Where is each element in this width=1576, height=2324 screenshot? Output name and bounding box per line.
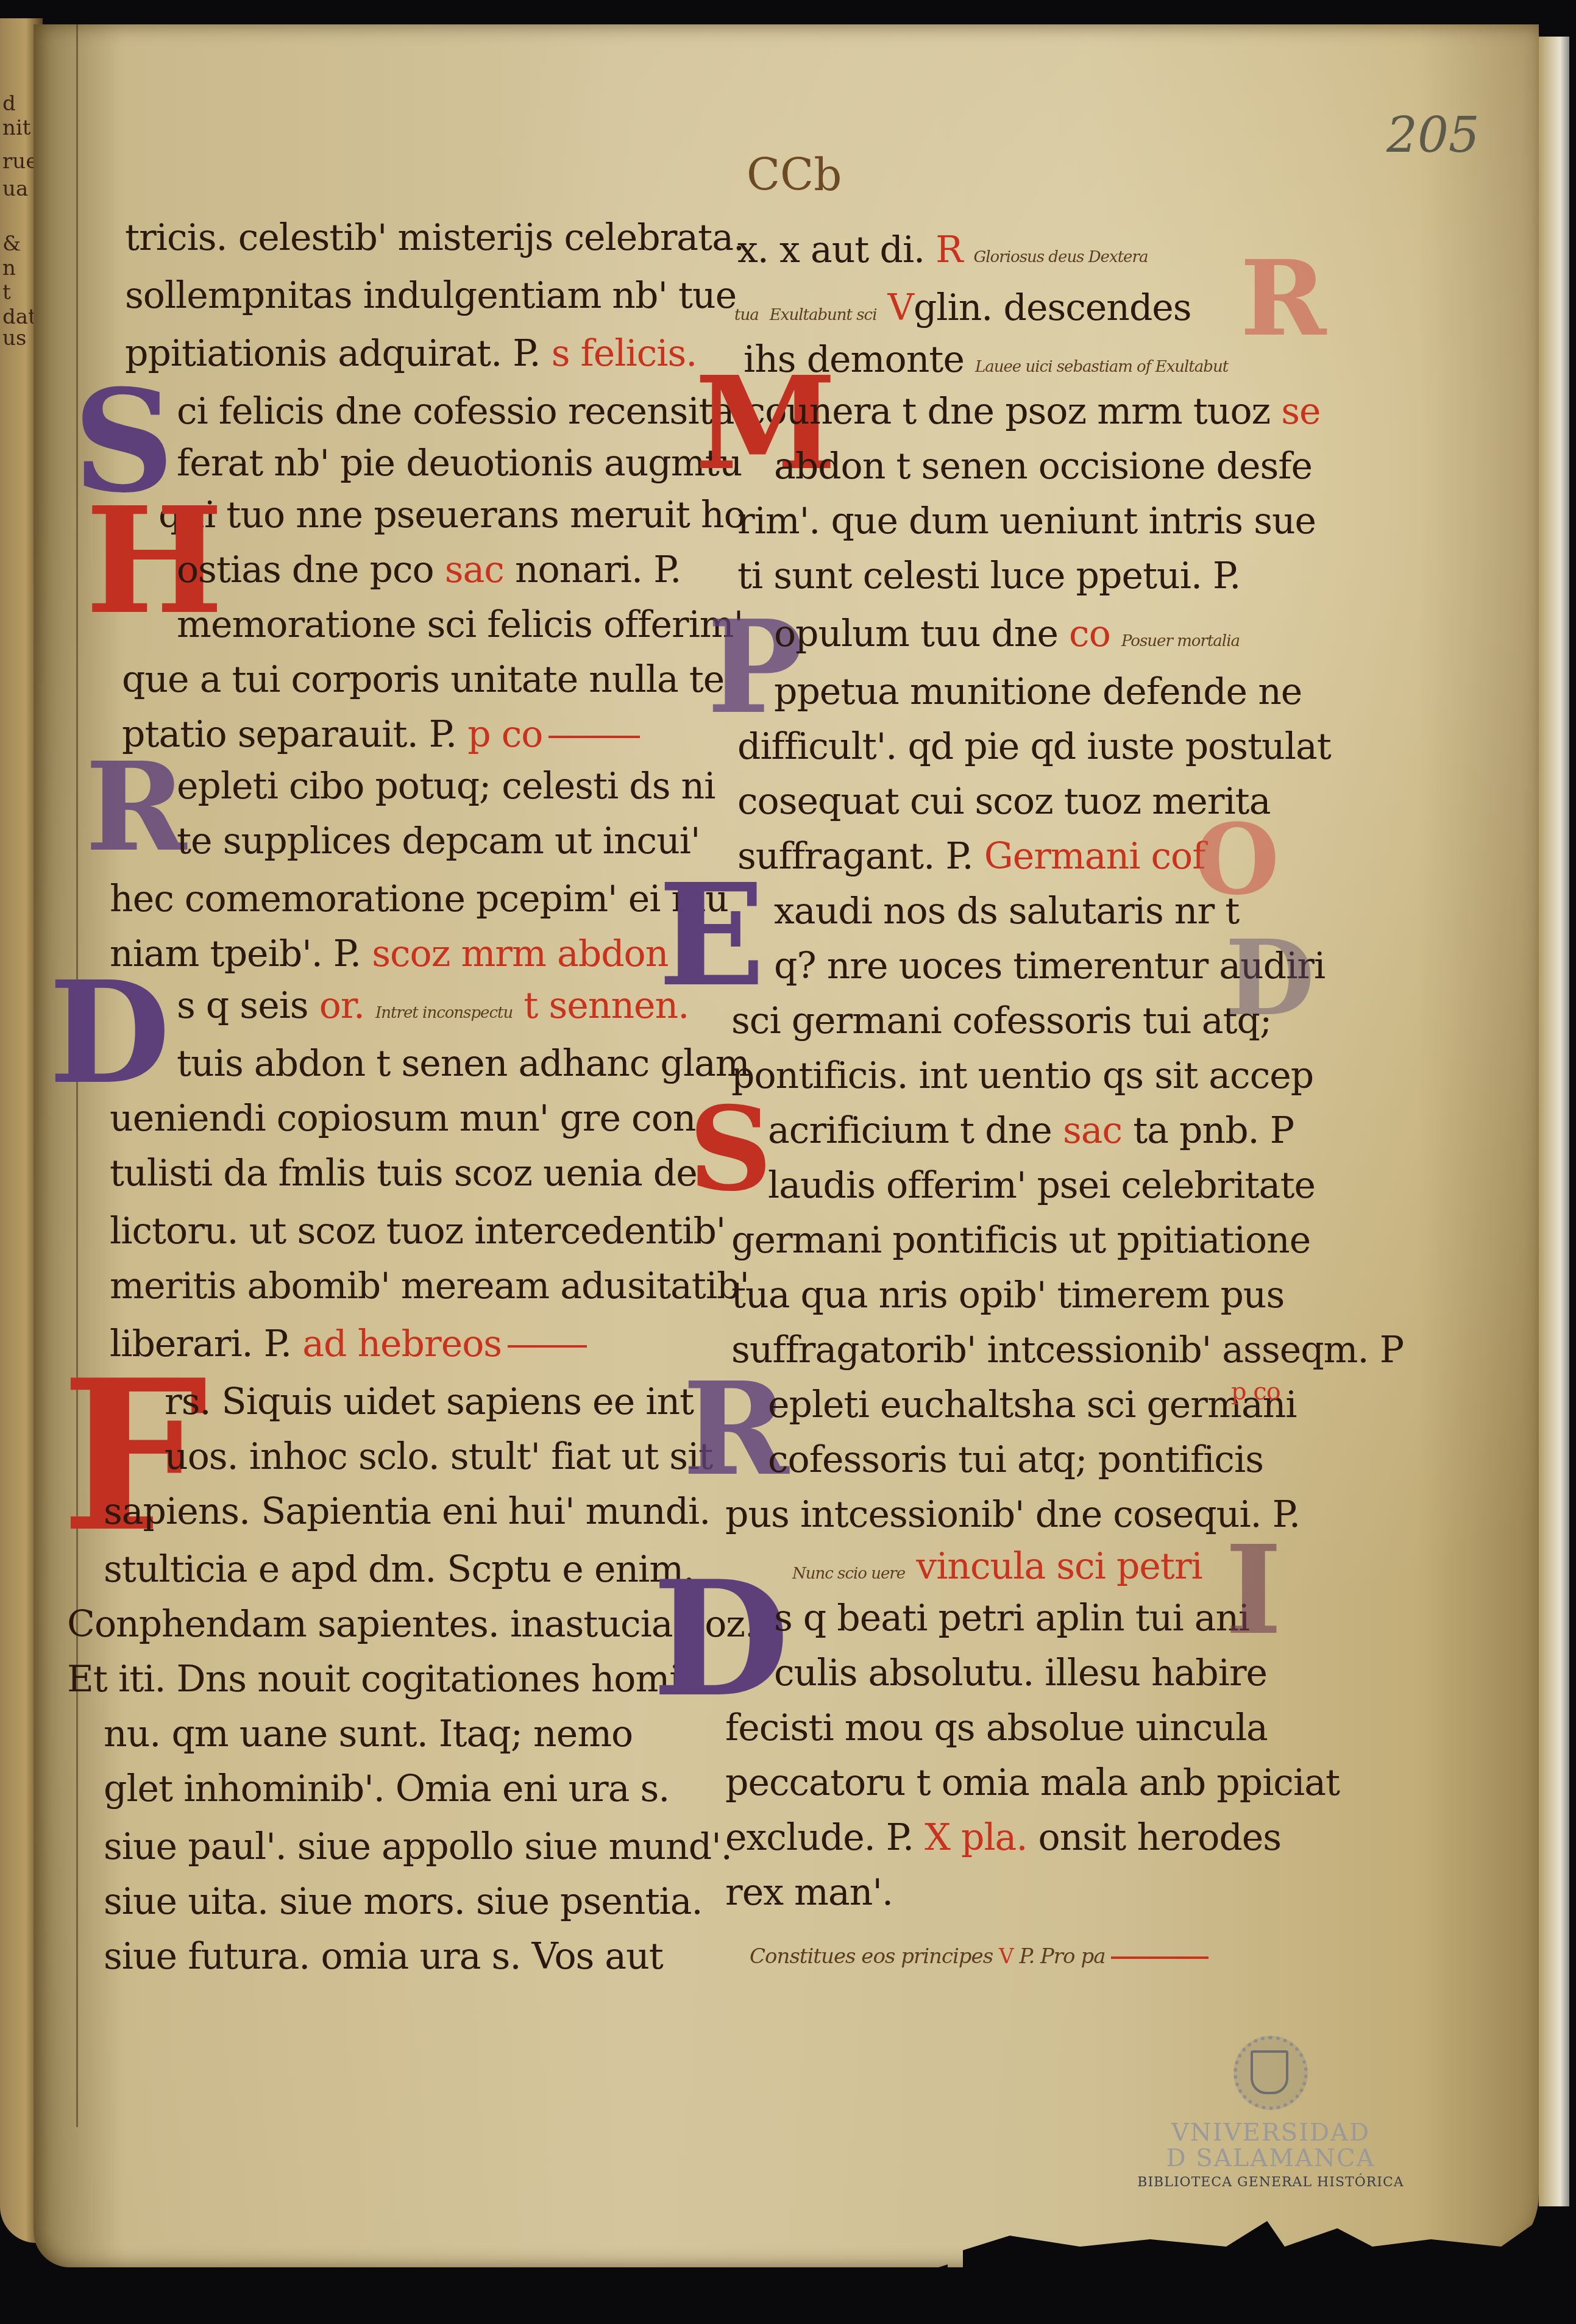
text-line: siue futura. omia ura s. Vos aut bbox=[104, 1935, 663, 1978]
text-line: rim'. que dum ueniunt intris sue bbox=[737, 500, 1316, 542]
rubric: ad hebreos bbox=[302, 1323, 502, 1365]
text-line: te supplices depcam ut incui' bbox=[177, 820, 700, 862]
interlinear-note: Lauee uici sebastiam of Exultabut bbox=[975, 358, 1228, 376]
rubric: scoz mrm abdon bbox=[372, 933, 668, 975]
text-line: stulticia e apd dm. Scptu e enim. bbox=[104, 1548, 694, 1591]
rubric: co bbox=[1069, 613, 1110, 655]
prev-leaf-fragment: us bbox=[2, 326, 26, 350]
marginal-note: p co bbox=[1231, 1377, 1280, 1405]
rubric: V bbox=[888, 286, 914, 329]
rubric: p co bbox=[467, 713, 542, 756]
interlinear-note: Constitues eos principes bbox=[750, 1944, 993, 1969]
text-line: tuis abdon t senen adhanc glam bbox=[177, 1042, 750, 1085]
running-head: CCb bbox=[747, 149, 842, 201]
text-line: ostias dne pco sac nonari. P. bbox=[177, 549, 681, 591]
folio-number: 205 bbox=[1386, 107, 1480, 163]
text-line: ppetua munitione defende ne bbox=[774, 670, 1302, 713]
margin-initial: I bbox=[1225, 1530, 1282, 1652]
text-line: sapiens. Sapientia eni hui' mundi. bbox=[104, 1490, 710, 1533]
prev-leaf-fragment: nit bbox=[2, 116, 30, 140]
text-line: hec comemoratione pcepim' ei mu bbox=[110, 878, 728, 920]
prev-leaf-fragment: & bbox=[2, 232, 21, 256]
text-line: pontificis. int uentio qs sit accep bbox=[731, 1054, 1313, 1097]
text-line: suffragant. P. Germani cof bbox=[737, 835, 1205, 878]
text-line: nu. qm uane sunt. Itaq; nemo bbox=[104, 1713, 633, 1755]
text-line: Et iti. Dns nouit cogitationes homi bbox=[67, 1658, 681, 1700]
rubric: X pla. bbox=[925, 1816, 1027, 1859]
watermark-line1: VNIVERSIDAD bbox=[1134, 2120, 1408, 2145]
text-line: cosequat cui scoz tuoz merita bbox=[737, 780, 1270, 823]
text-line: ueniendi copiosum mun' gre con bbox=[110, 1097, 695, 1140]
text-line: epleti euchaltsha sci germani bbox=[768, 1384, 1296, 1426]
text-line: abdon t senen occisione desfe bbox=[774, 445, 1312, 488]
interlinear-note: Nunc scio uere bbox=[792, 1565, 905, 1583]
prev-leaf-fragment: d bbox=[2, 91, 16, 116]
university-seal-icon bbox=[1233, 2036, 1308, 2110]
text-line: que a tui corporis unitate nulla te bbox=[122, 658, 724, 701]
text-line: siue uita. siue mors. siue psentia. bbox=[104, 1880, 703, 1923]
text-line: siue paul'. siue appollo siue mund'. bbox=[104, 1825, 732, 1868]
text-line: pus intcessionib' dne cosequi. P. bbox=[725, 1493, 1300, 1536]
prev-leaf-fragment: rue bbox=[2, 149, 38, 174]
rubric: or. bbox=[319, 984, 364, 1027]
decorated-initial-e: E bbox=[658, 865, 765, 1006]
interlinear-note: Posuer mortalia bbox=[1121, 632, 1240, 650]
text-line: lictoru. ut scoz tuoz intercedentib' bbox=[110, 1210, 725, 1253]
text-line: s q seis or. Intret inconspectu t sennen… bbox=[177, 984, 689, 1027]
text-line: memoratione sci felicis offerim' bbox=[177, 603, 743, 646]
text-line: germani pontificis ut ppitiatione bbox=[731, 1219, 1310, 1262]
text-line: meritis abomib' meream adusitatib' bbox=[110, 1265, 749, 1307]
text-line: uos. inhoc sclo. stult' fiat ut sit bbox=[165, 1435, 712, 1478]
text-line: difficult'. qd pie qd iuste postulat bbox=[737, 725, 1331, 768]
rubric: R bbox=[935, 229, 962, 271]
text-line: epleti cibo potuq; celesti ds ni bbox=[177, 765, 715, 808]
margin-initial: O bbox=[1194, 811, 1279, 908]
text-line: qui tuo nne pseuerans meruit ho bbox=[158, 494, 745, 536]
text-line: tulisti da fmlis tuis scoz uenia de bbox=[110, 1152, 697, 1195]
rubric: Germani cof bbox=[984, 835, 1205, 878]
text-line: tua Exultabunt sci Vglin. descendes bbox=[734, 286, 1191, 329]
text-line: ppitiationis adquirat. P. s felicis. bbox=[125, 332, 697, 375]
text-line: tua qua nris opib' timerem pus bbox=[731, 1274, 1284, 1317]
text-line: peccatoru t omia mala anb ppiciat bbox=[725, 1761, 1340, 1804]
text-line: niam tpeib'. P. scoz mrm abdon bbox=[110, 933, 668, 975]
decorated-initial-d: D bbox=[49, 963, 170, 1103]
text-line: glet inhominib'. Omia eni ura s. bbox=[104, 1768, 669, 1810]
prev-leaf-fragment: n bbox=[2, 256, 16, 280]
text-line: ti sunt celesti luce ppetui. P. bbox=[737, 555, 1240, 597]
text-line: rs. Siquis uidet sapiens ee int bbox=[165, 1381, 694, 1423]
text-line: Constitues eos principes V P. Pro pa bbox=[750, 1944, 1209, 1969]
interlinear-note: Exultabunt sci bbox=[770, 306, 877, 324]
text-line: exclude. P. X pla. onsit herodes bbox=[725, 1816, 1281, 1859]
page-fore-edge bbox=[1539, 37, 1569, 2206]
text-line: cofessoris tui atq; pontificis bbox=[768, 1438, 1263, 1481]
text-line: culis absolutu. illesu habire bbox=[774, 1652, 1267, 1694]
text-line: unera t dne psoz mrm tuoz se bbox=[786, 390, 1321, 433]
decorated-initial-s: S bbox=[689, 1091, 772, 1207]
text-line: acrificium t dne sac ta pnb. P bbox=[768, 1109, 1294, 1152]
text-line: opulum tuu dne co Posuer mortalia bbox=[774, 613, 1240, 655]
text-line: xaudi nos ds salutaris nr t bbox=[774, 890, 1239, 933]
margin-initial: D bbox=[1225, 926, 1315, 1030]
rubric: sac bbox=[445, 549, 504, 591]
prev-leaf-fragment: dat bbox=[2, 305, 37, 329]
decorated-initial-r: R bbox=[85, 747, 186, 869]
text-line: sci germani cofessoris tui atq; bbox=[731, 1000, 1271, 1042]
watermark-line3: BIBLIOTECA GENERAL HISTÓRICA bbox=[1134, 2175, 1408, 2190]
text-line: rex man'. bbox=[725, 1871, 893, 1914]
rubric: vincula sci petri bbox=[916, 1545, 1202, 1588]
text-line: tricis. celestib' misterijs celebrata. bbox=[125, 216, 744, 259]
text-line: s q beati petri aplin tui ani bbox=[774, 1597, 1249, 1640]
interlinear-note: Gloriosus deus Dextera bbox=[974, 248, 1148, 266]
interlinear-note: Intret inconspectu bbox=[375, 1004, 513, 1022]
text-line: x. x aut di. R Gloriosus deus Dextera bbox=[737, 229, 1148, 271]
decorated-initial-d: D bbox=[652, 1560, 789, 1719]
text-line: sollempnitas indulgentiam nb' tue bbox=[125, 274, 736, 317]
rubric: s felicis. bbox=[552, 332, 697, 375]
rubric: se bbox=[1281, 390, 1320, 433]
text-line: ferat nb' pie deuotionis augmtu bbox=[177, 442, 742, 485]
prev-leaf-fragment: t bbox=[2, 280, 11, 305]
text-line: ptatio separauit. P. p co bbox=[122, 713, 640, 756]
text-line: suffragatorib' intcessionib' asseqm. P bbox=[731, 1329, 1404, 1371]
margin-initial: R bbox=[1240, 247, 1326, 350]
rubric: sac bbox=[1063, 1109, 1122, 1152]
text-line: laudis offerim' psei celebritate bbox=[768, 1164, 1315, 1207]
prev-leaf-fragment: ua bbox=[2, 177, 28, 201]
text-line: fecisti mou qs absolue uincula bbox=[725, 1707, 1268, 1749]
watermark-line2: D SALAMANCA bbox=[1134, 2145, 1408, 2171]
text-line: Nunc scio uere vincula sci petri bbox=[792, 1545, 1202, 1588]
university-watermark: VNIVERSIDAD D SALAMANCA BIBLIOTECA GENER… bbox=[1134, 2036, 1408, 2190]
